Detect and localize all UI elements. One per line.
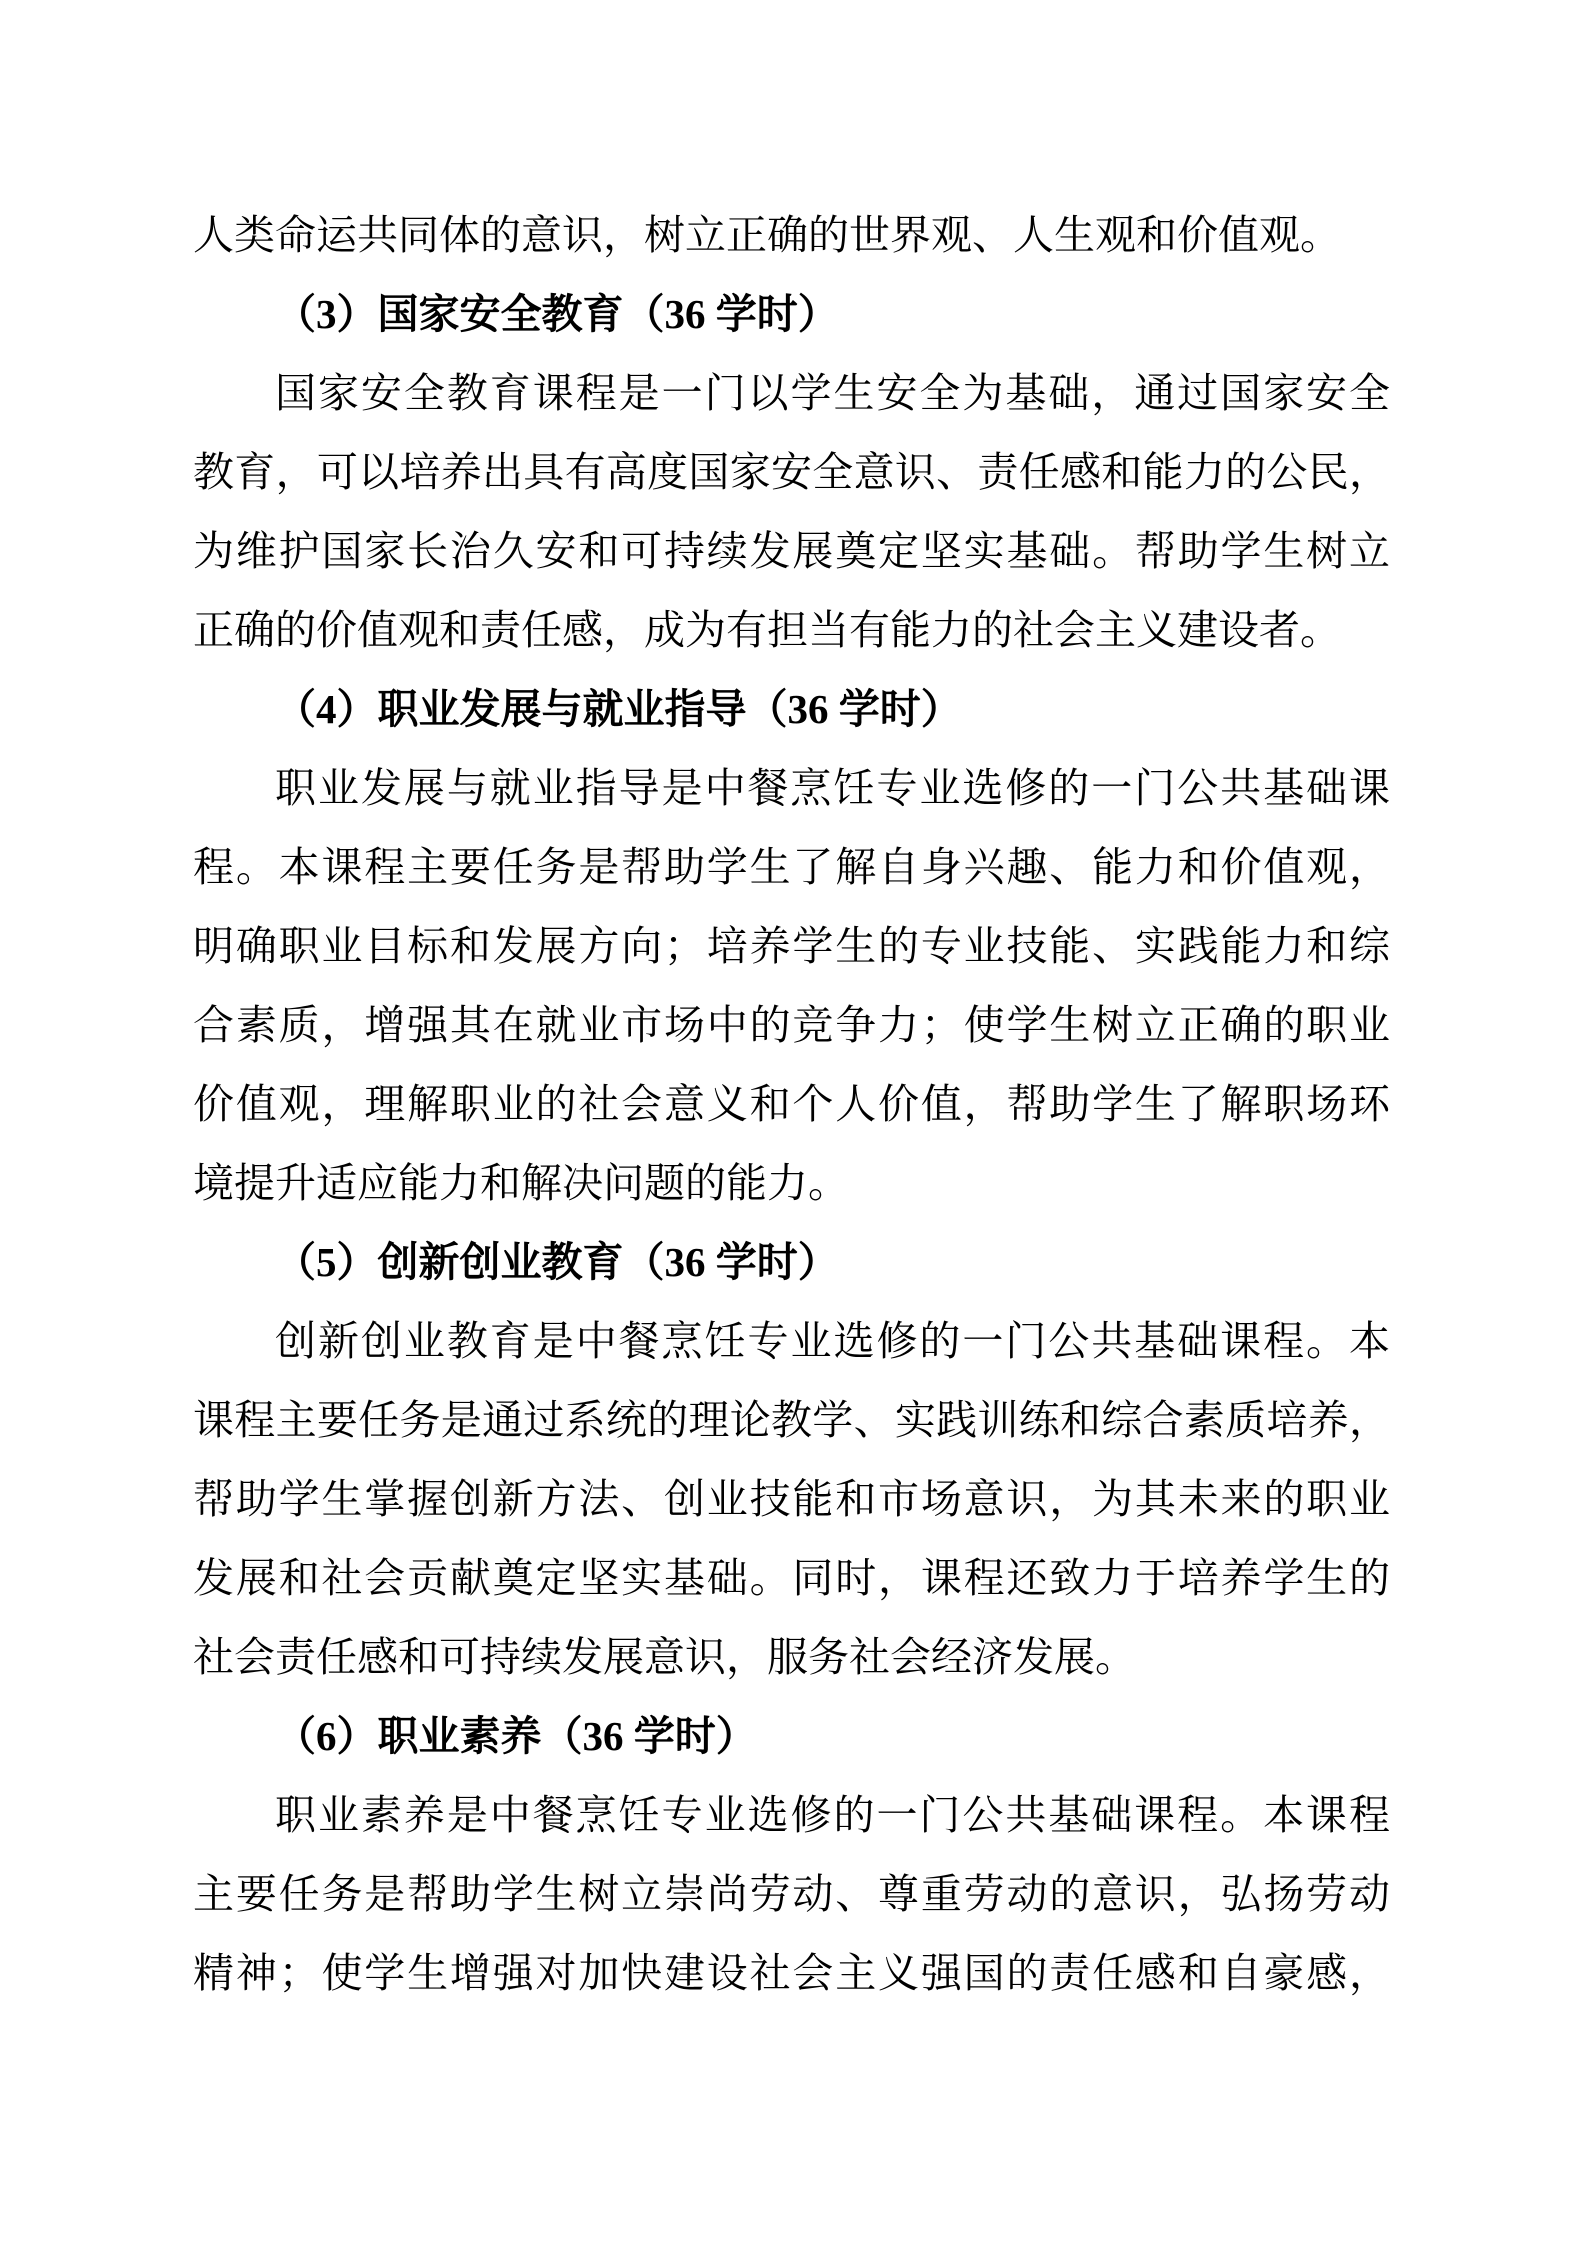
heading-line: （6）职业素养（36 学时） (193, 1697, 1390, 1776)
text-line: 职业发展与就业指导是中餐烹饪专业选修的一门公共基础课 (193, 749, 1390, 828)
document-text: 人类命运共同体的意识，树立正确的世界观、人生观和价值观。（3）国家安全教育（36… (193, 196, 1390, 2013)
text-line: 帮助学生掌握创新方法、创业技能和市场意识，为其未来的职业 (193, 1460, 1390, 1539)
text-line: 为维护国家长治久安和可持续发展奠定坚实基础。帮助学生树立 (193, 512, 1390, 591)
heading-line: （5）创新创业教育（36 学时） (193, 1223, 1390, 1302)
text-line: 程。本课程主要任务是帮助学生了解自身兴趣、能力和价值观， (193, 828, 1390, 907)
heading-line: （4）职业发展与就业指导（36 学时） (193, 670, 1390, 749)
text-line: 发展和社会贡献奠定坚实基础。同时，课程还致力于培养学生的 (193, 1539, 1390, 1618)
text-line: 职业素养是中餐烹饪专业选修的一门公共基础课程。本课程 (193, 1776, 1390, 1855)
text-line: 合素质，增强其在就业市场中的竞争力；使学生树立正确的职业 (193, 986, 1390, 1065)
text-line: 主要任务是帮助学生树立崇尚劳动、尊重劳动的意识，弘扬劳动 (193, 1855, 1390, 1934)
text-line: 明确职业目标和发展方向；培养学生的专业技能、实践能力和综 (193, 907, 1390, 986)
text-line: 精神；使学生增强对加快建设社会主义强国的责任感和自豪感， (193, 1934, 1390, 2013)
document-body: { "page": { "background": "#ffffff", "te… (0, 0, 1587, 2245)
text-line: 课程主要任务是通过系统的理论教学、实践训练和综合素质培养， (193, 1381, 1390, 1460)
text-line: 正确的价值观和责任感，成为有担当有能力的社会主义建设者。 (193, 591, 1390, 670)
heading-line: （3）国家安全教育（36 学时） (193, 275, 1390, 354)
text-line: 价值观，理解职业的社会意义和个人价值，帮助学生了解职场环 (193, 1065, 1390, 1144)
text-line: 社会责任感和可持续发展意识，服务社会经济发展。 (193, 1618, 1390, 1697)
text-line: 创新创业教育是中餐烹饪专业选修的一门公共基础课程。本 (193, 1302, 1390, 1381)
text-line: 国家安全教育课程是一门以学生安全为基础，通过国家安全 (193, 354, 1390, 433)
text-line: 人类命运共同体的意识，树立正确的世界观、人生观和价值观。 (193, 196, 1390, 275)
text-line: 境提升适应能力和解决问题的能力。 (193, 1144, 1390, 1223)
document-page: 人类命运共同体的意识，树立正确的世界观、人生观和价值观。（3）国家安全教育（36… (0, 0, 1587, 2245)
text-line: 教育，可以培养出具有高度国家安全意识、责任感和能力的公民， (193, 433, 1390, 512)
